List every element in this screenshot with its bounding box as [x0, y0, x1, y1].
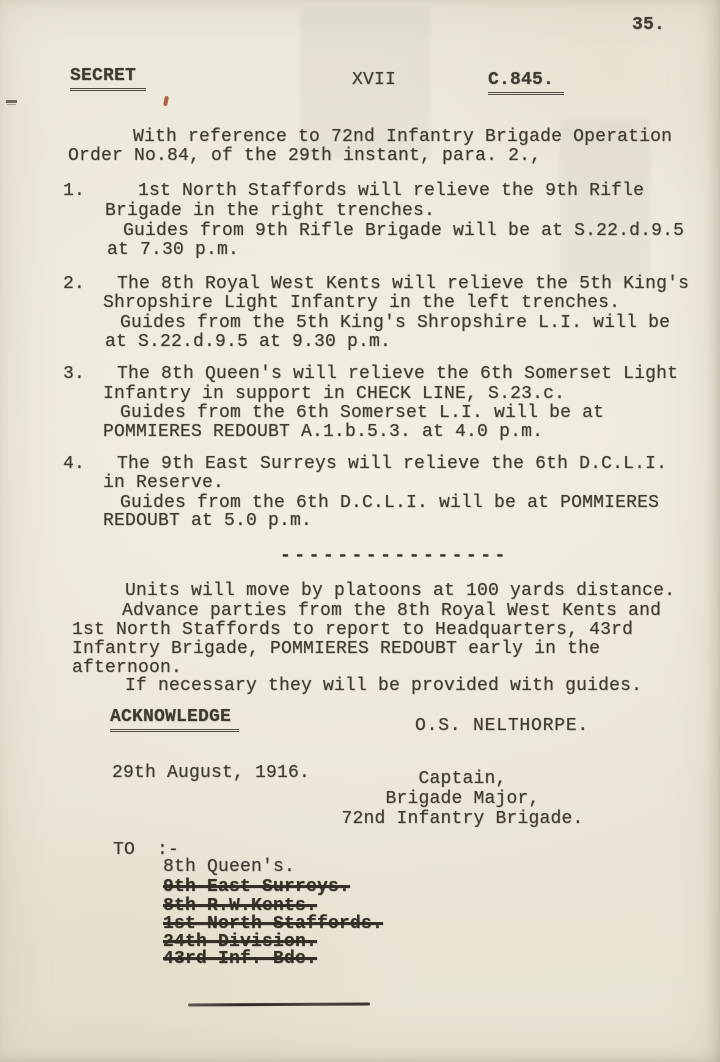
signature-unit: 72nd Infantry Brigade. — [330, 809, 595, 829]
document-page: 35. SECRET XVII C.845. With reference to… — [0, 0, 720, 1062]
item-4-line-4: REDOUBT at 5.0 p.m. — [103, 511, 312, 531]
body-line-3: 1st North Staffords to report to Headqua… — [72, 620, 633, 640]
item-1-number: 1. — [63, 181, 85, 201]
item-1-line-1: 1st North Staffords will relieve the 9th… — [138, 181, 644, 201]
signature-rank: Captain, — [330, 769, 595, 789]
body-line-1: Units will move by platoons at 100 yards… — [125, 581, 675, 601]
item-4-number: 4. — [63, 454, 85, 474]
item-4-line-3: Guides from the 6th D.C.L.I. will be at … — [120, 493, 659, 513]
item-1-line-3: Guides from 9th Rifle Brigade will be at… — [123, 221, 684, 241]
bottom-rule — [188, 1003, 370, 1007]
classification-stamp: SECRET — [70, 66, 146, 86]
item-3-line-4: POMMIERES REDOUBT A.1.b.5.3. at 4.0 p.m. — [103, 422, 543, 442]
body-line-5: afternoon. — [72, 658, 182, 678]
reference-code-wrap: C.845. — [488, 70, 564, 90]
item-1-line-4: at 7.30 p.m. — [107, 240, 239, 260]
page-number: 35. — [632, 15, 665, 35]
acknowledge-wrap: ACKNOWLEDGE — [110, 707, 239, 727]
item-2-line-1: The 8th Royal West Kents will relieve th… — [117, 274, 689, 294]
distribution-item-9th-east-surreys: 9th East Surreys. — [163, 878, 350, 897]
item-3-number: 3. — [63, 364, 85, 384]
dashed-divider: ---------------- — [280, 546, 509, 566]
signature-block: Captain, Brigade Major, 72nd Infantry Br… — [330, 769, 595, 829]
section-numeral: XVII — [352, 70, 396, 90]
item-2-line-3: Guides from the 5th King's Shropshire L.… — [120, 313, 670, 333]
item-2-number: 2. — [63, 274, 85, 294]
intro-line-2: Order No.84, of the 29th instant, para. … — [68, 146, 541, 166]
item-1-line-2: Brigade in the right trenches. — [105, 201, 435, 221]
item-2-line-2: Shropshire Light Infantry in the left tr… — [103, 293, 620, 313]
red-ink-mark — [163, 96, 169, 107]
classification-label: SECRET — [70, 66, 146, 91]
body-line-2: Advance parties from the 8th Royal West … — [122, 601, 661, 621]
item-3-line-2: Infantry in support in CHECK LINE, S.23.… — [103, 384, 565, 404]
item-4-line-1: The 9th East Surreys will relieve the 6t… — [117, 454, 667, 474]
document-date: 29th August, 1916. — [112, 763, 310, 783]
distribution-item-8th-queens: 8th Queen's. — [163, 858, 295, 877]
distribution-item-43rd-inf-bde: 43rd Inf. Bde. — [163, 950, 317, 969]
margin-ink-mark — [6, 100, 17, 103]
reference-code: C.845. — [488, 70, 564, 95]
signature-name: O.S. NELTHORPE. — [415, 716, 589, 736]
item-4-line-2: in Reserve. — [103, 473, 224, 493]
item-2-line-4: at S.22.d.9.5 at 9.30 p.m. — [105, 332, 391, 352]
acknowledge-label: ACKNOWLEDGE — [110, 707, 239, 732]
body-line-6: If necessary they will be provided with … — [125, 676, 642, 696]
item-3-line-3: Guides from the 6th Somerset L.I. will b… — [120, 403, 604, 423]
intro-line-1: With reference to 72nd Infantry Brigade … — [133, 127, 672, 147]
body-line-4: Infantry Brigade, POMMIERES REDOUBT earl… — [72, 639, 600, 659]
item-3-line-1: The 8th Queen's will relieve the 6th Som… — [117, 364, 678, 384]
signature-title: Brigade Major, — [330, 789, 595, 809]
